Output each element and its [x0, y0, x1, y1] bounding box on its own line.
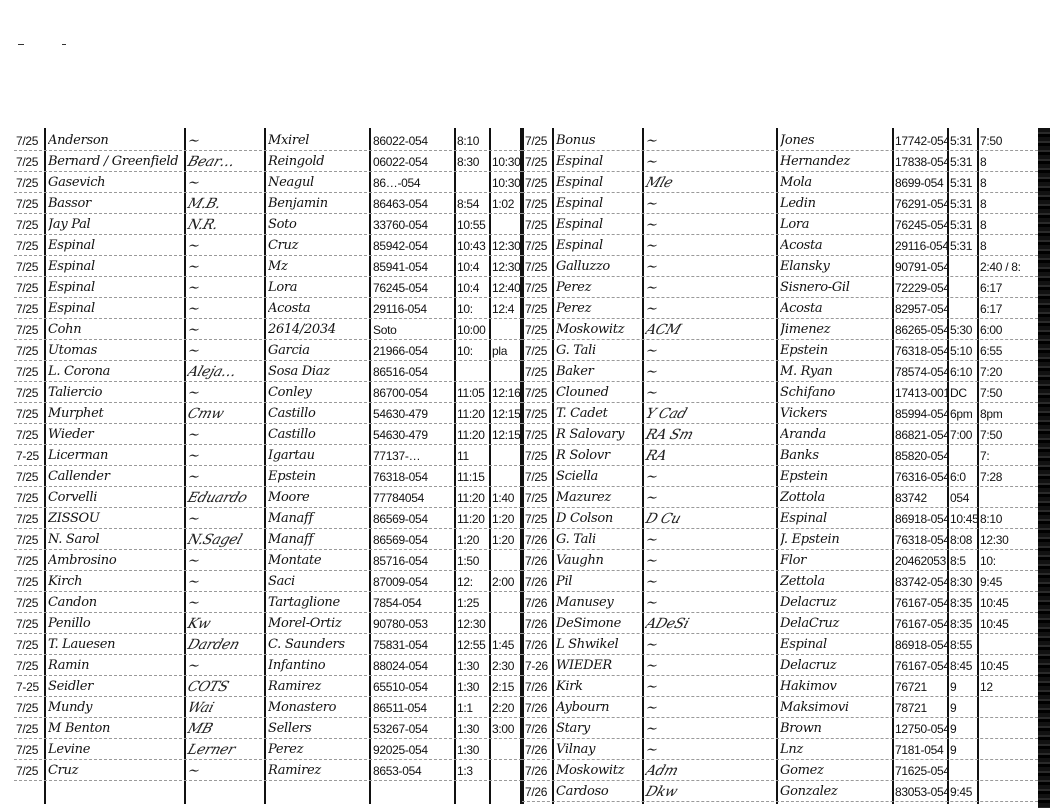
- cell-signature: Y Cad: [643, 405, 777, 423]
- cell-officer: Conley: [268, 384, 368, 402]
- log-row: 7/25Cruz~Ramirez8653-0541:3: [14, 762, 522, 781]
- cell-inmate: J. Epstein: [780, 531, 890, 549]
- cell-time-out: [492, 132, 520, 150]
- cell-time-in: 1:3: [457, 762, 489, 780]
- cell-name: Espinal: [556, 174, 642, 192]
- cell-inmate: Ledin: [780, 195, 890, 213]
- cell-date: 7/25: [525, 258, 552, 276]
- cell-time-in: 7:00: [950, 426, 977, 444]
- cell-time-out: [492, 468, 520, 486]
- cell-officer: Cruz: [268, 237, 368, 255]
- cell-date: 7/25: [16, 321, 44, 339]
- log-row: 7/25Cohn~2614/2034Soto10:00: [14, 321, 522, 340]
- cell-inmate: Schifano: [780, 384, 890, 402]
- cell-date: 7/25: [525, 321, 552, 339]
- cell-time-out: 8pm: [980, 405, 1020, 423]
- scan-edge-shadow: [1038, 128, 1050, 808]
- cell-time-out: 10:30: [492, 174, 520, 192]
- cell-name: Mazurez: [556, 489, 642, 507]
- cell-inmate: Lora: [780, 216, 890, 234]
- cell-time-in: 5:31: [950, 174, 977, 192]
- cell-number: 85994-054: [895, 405, 947, 423]
- cell-inmate: Acosta: [780, 300, 890, 318]
- cell-date: 7/25: [525, 195, 552, 213]
- cell-time-in: 11:20: [457, 426, 489, 444]
- log-row: 7/25Mazurez~Zottola83742054: [522, 489, 1038, 508]
- cell-time-out: [980, 783, 1020, 801]
- cell-date: 7/25: [525, 279, 552, 297]
- cell-time-in: 6:10: [950, 363, 977, 381]
- cell-time-out: [492, 552, 520, 570]
- cell-number: 85820-054: [895, 447, 947, 465]
- cell-name: T. Lauesen: [48, 636, 182, 654]
- cell-number: 65510-054: [373, 678, 453, 696]
- cell-signature: ~: [643, 573, 777, 591]
- cell-time-out: [492, 321, 520, 339]
- cell-time-in: 9: [950, 741, 977, 759]
- cell-number: 76167-054: [895, 594, 947, 612]
- cell-date: 7/25: [525, 363, 552, 381]
- log-row: 7/26CardosoDkwGonzalez83053-0549:45: [522, 783, 1038, 802]
- log-row: 7/25Espinal~Acosta29116-0545:318: [522, 237, 1038, 256]
- log-row: 7/25Ramin~Infantino88024-0541:302:30: [14, 657, 522, 676]
- log-row: 7/25Espinal~Ledin76291-0545:318: [522, 195, 1038, 214]
- cell-number: 75831-054: [373, 636, 453, 654]
- cell-time-in: 12:30: [457, 615, 489, 633]
- cell-number: 92025-054: [373, 741, 453, 759]
- cell-signature: ~: [643, 153, 777, 171]
- log-row: 7/25G. Tali~Epstein76318-0545:106:55: [522, 342, 1038, 361]
- cell-signature: Lerner: [185, 741, 265, 759]
- cell-number: 86918-054: [895, 636, 947, 654]
- cell-date: 7/25: [525, 468, 552, 486]
- cell-number: 8699-054: [895, 174, 947, 192]
- cell-time-out: [980, 720, 1020, 738]
- cell-inmate: Espinal: [780, 636, 890, 654]
- cell-signature: M.B.: [185, 195, 265, 213]
- cell-name: M Benton: [48, 720, 182, 738]
- log-row: 7/25Utomas~Garcia21966-05410:pla: [14, 342, 522, 361]
- cell-time-in: [950, 279, 977, 297]
- log-row: 7/25Ambrosino~Montate85716-0541:50: [14, 552, 522, 571]
- cell-inmate: Brown: [780, 720, 890, 738]
- log-row: 7/25Espinal~Lora76245-0545:318: [522, 216, 1038, 235]
- cell-inmate: Elansky: [780, 258, 890, 276]
- cell-signature: MB: [185, 720, 265, 738]
- cell-inmate: Banks: [780, 447, 890, 465]
- cell-officer: 2614/2034: [268, 321, 368, 339]
- cell-date: 7/25: [525, 342, 552, 360]
- cell-date: 7-25: [16, 678, 44, 696]
- cell-number: 85942-054: [373, 237, 453, 255]
- cell-signature: ~: [185, 573, 265, 591]
- cell-date: 7-26: [525, 657, 552, 675]
- cell-date: 7/26: [525, 783, 552, 801]
- cell-signature: ~: [643, 216, 777, 234]
- cell-time-out: 12:40: [492, 279, 520, 297]
- cell-date: 7/25: [16, 636, 44, 654]
- log-row: 7/26Stary~Brown12750-0549: [522, 720, 1038, 739]
- cell-signature: Bear…: [185, 153, 265, 171]
- cell-time-in: 9: [950, 720, 977, 738]
- log-row: 7/25LevineLernerPerez92025-0541:30: [14, 741, 522, 760]
- log-row: 7/25Perez~Acosta82957-0546:17: [522, 300, 1038, 319]
- cell-signature: COTS: [185, 678, 265, 696]
- log-row: 7/25Taliercio~Conley86700-05411:0512:16: [14, 384, 522, 403]
- cell-signature: RA: [643, 447, 777, 465]
- cell-date: 7/26: [525, 699, 552, 717]
- cell-date: 7/25: [16, 510, 44, 528]
- log-row: 7/25ZISSOU~Manaff86569-05411:201:20: [14, 510, 522, 529]
- cell-time-in: 9: [950, 678, 977, 696]
- cell-name: Manusey: [556, 594, 642, 612]
- cell-name: Mundy: [48, 699, 182, 717]
- cell-date: 7/25: [16, 615, 44, 633]
- cell-time-in: 6:0: [950, 468, 977, 486]
- cell-signature: ~: [185, 258, 265, 276]
- cell-time-out: [492, 615, 520, 633]
- cell-number: 86821-054: [895, 426, 947, 444]
- log-row: 7/26Manusey~Delacruz76167-0548:3510:45: [522, 594, 1038, 613]
- cell-name: Moskowitz: [556, 321, 642, 339]
- cell-time-out: [492, 594, 520, 612]
- cell-time-in: 11:20: [457, 405, 489, 423]
- cell-name: Seidler: [48, 678, 182, 696]
- cell-officer: Castillo: [268, 426, 368, 444]
- cell-time-in: [950, 762, 977, 780]
- cell-name: Cardoso: [556, 783, 642, 801]
- cell-inmate: Vickers: [780, 405, 890, 423]
- cell-number: 90780-053: [373, 615, 453, 633]
- cell-time-out: [980, 741, 1020, 759]
- cell-time-out: 10:45: [980, 615, 1020, 633]
- log-row: 7/25L. CoronaAleja…Sosa Diaz86516-054: [14, 363, 522, 382]
- log-row: 7/26Vaughn~Flor204620538:510:: [522, 552, 1038, 571]
- cell-time-out: 6:17: [980, 279, 1020, 297]
- log-row: 7/25Clouned~Schifano17413-001DC7:50: [522, 384, 1038, 403]
- cell-signature: ~: [185, 447, 265, 465]
- cell-date: 7/25: [525, 384, 552, 402]
- cell-officer: C. Saunders: [268, 636, 368, 654]
- cell-time-out: 2:40 / 8:30: [980, 258, 1020, 276]
- cell-name: Cruz: [48, 762, 182, 780]
- cell-name: Ramin: [48, 657, 182, 675]
- cell-time-in: [950, 300, 977, 318]
- log-row: 7/25R SalovaryRA SmAranda86821-0547:007:…: [522, 426, 1038, 445]
- cell-name: Murphet: [48, 405, 182, 423]
- cell-signature: ~: [643, 741, 777, 759]
- cell-signature: N.R.: [185, 216, 265, 234]
- cell-time-out: 12:30: [980, 531, 1020, 549]
- cell-number: 86511-054: [373, 699, 453, 717]
- cell-officer: Saci: [268, 573, 368, 591]
- cell-officer: Montate: [268, 552, 368, 570]
- cell-date: 7/25: [16, 153, 44, 171]
- cell-officer: Castillo: [268, 405, 368, 423]
- log-row: 7/25MurphetCmwCastillo54630-47911:2012:1…: [14, 405, 522, 424]
- cell-date: 7/25: [16, 195, 44, 213]
- cell-number: 76316-054: [895, 468, 947, 486]
- cell-number: 90791-054: [895, 258, 947, 276]
- cell-name: Espinal: [556, 216, 642, 234]
- cell-name: Candon: [48, 594, 182, 612]
- cell-officer: Tartaglione: [268, 594, 368, 612]
- cell-signature: ~: [643, 531, 777, 549]
- cell-inmate: Sisnero-Gil: [780, 279, 890, 297]
- cell-time-in: 1:1: [457, 699, 489, 717]
- cell-signature: Aleja…: [185, 363, 265, 381]
- cell-time-in: 10:: [457, 342, 489, 360]
- cell-number: 21966-054: [373, 342, 453, 360]
- cell-inmate: Maksimovi: [780, 699, 890, 717]
- cell-inmate: Hakimov: [780, 678, 890, 696]
- cell-signature: ~: [185, 342, 265, 360]
- cell-name: L. Corona: [48, 363, 182, 381]
- cell-inmate: Delacruz: [780, 657, 890, 675]
- cell-number: 85716-054: [373, 552, 453, 570]
- cell-officer: Ramirez: [268, 762, 368, 780]
- cell-time-out: 6:55: [980, 342, 1020, 360]
- cell-name: Bonus: [556, 132, 642, 150]
- cell-date: 7/25: [525, 216, 552, 234]
- cell-time-in: 11:20: [457, 489, 489, 507]
- cell-time-in: 5:31: [950, 237, 977, 255]
- log-row: 7/25T. CadetY CadVickers85994-0546pm8pm: [522, 405, 1038, 424]
- cell-name: Callender: [48, 468, 182, 486]
- cell-name: Clouned: [556, 384, 642, 402]
- cell-date: 7/25: [16, 342, 44, 360]
- cell-signature: ~: [185, 762, 265, 780]
- log-row: 7/25MundyWaiMonastero86511-0541:12:20: [14, 699, 522, 718]
- cell-date: 7/25: [525, 405, 552, 423]
- cell-name: Espinal: [48, 300, 182, 318]
- log-row: 7/25Candon~Tartaglione7854-0541:25: [14, 594, 522, 613]
- cell-time-out: 7:20: [980, 363, 1020, 381]
- cell-date: 7/25: [16, 741, 44, 759]
- cell-time-in: [457, 363, 489, 381]
- cell-date: 7/26: [525, 594, 552, 612]
- cell-signature: ~: [643, 258, 777, 276]
- cell-time-in: 1:20: [457, 531, 489, 549]
- cell-time-out: 1:40: [492, 489, 520, 507]
- cell-time-out: 10:30: [492, 153, 520, 171]
- cell-date: 7/25: [16, 237, 44, 255]
- cell-number: 85941-054: [373, 258, 453, 276]
- cell-name: Perez: [556, 279, 642, 297]
- cell-time-in: 11:15: [457, 468, 489, 486]
- log-row: 7/26Kirk~Hakimov76721912: [522, 678, 1038, 697]
- log-row: 7/25Espinal~Lora76245-05410:412:40: [14, 279, 522, 298]
- cell-signature: ~: [643, 720, 777, 738]
- cell-inmate: Aranda: [780, 426, 890, 444]
- log-row: 7/25Kirch~Saci87009-05412:2:00: [14, 573, 522, 592]
- cell-name: Licerman: [48, 447, 182, 465]
- cell-time-out: [980, 636, 1020, 654]
- log-row: 7/26Pil~Zettola83742-0548:309:45: [522, 573, 1038, 592]
- cell-time-out: 8: [980, 174, 1020, 192]
- cell-inmate: Gomez: [780, 762, 890, 780]
- cell-number: 88024-054: [373, 657, 453, 675]
- cell-name: Anderson: [48, 132, 182, 150]
- cell-officer: Epstein: [268, 468, 368, 486]
- cell-time-out: [492, 363, 520, 381]
- cell-date: 7/26: [525, 741, 552, 759]
- cell-number: 53267-054: [373, 720, 453, 738]
- cell-time-out: 8: [980, 216, 1020, 234]
- cell-time-out: 8: [980, 153, 1020, 171]
- cell-number: 17742-054: [895, 132, 947, 150]
- log-row: 7/26MoskowitzAdmGomez71625-054: [522, 762, 1038, 781]
- cell-signature: ~: [185, 174, 265, 192]
- cell-time-in: 10:4: [457, 258, 489, 276]
- cell-time-out: 7:: [980, 447, 1020, 465]
- log-row: 7/25Bonus~Jones17742-0545:317:50: [522, 132, 1038, 151]
- cell-name: Pil: [556, 573, 642, 591]
- cell-time-out: 12:15: [492, 405, 520, 423]
- cell-number: 86022-054: [373, 132, 453, 150]
- cell-time-in: 054: [950, 489, 977, 507]
- cell-time-in: [457, 174, 489, 192]
- cell-name: Galluzzo: [556, 258, 642, 276]
- cell-number: Soto: [373, 321, 453, 339]
- cell-number: 8653-054: [373, 762, 453, 780]
- cell-time-in: 10:4: [457, 279, 489, 297]
- cell-number: 29116-054: [895, 237, 947, 255]
- cell-time-in: 12:: [457, 573, 489, 591]
- cell-number: 83742-054: [895, 573, 947, 591]
- cell-time-in: 1:30: [457, 678, 489, 696]
- cell-number: 54630-479: [373, 405, 453, 423]
- cell-name: R Salovary: [556, 426, 642, 444]
- cell-date: 7/25: [16, 363, 44, 381]
- scan-speck: [62, 44, 66, 45]
- cell-name: D Colson: [556, 510, 642, 528]
- cell-time-out: 10:: [980, 552, 1020, 570]
- cell-date: 7/25: [16, 762, 44, 780]
- cell-inmate: Acosta: [780, 237, 890, 255]
- cell-number: 76318-054: [373, 468, 453, 486]
- cell-signature: ~: [643, 636, 777, 654]
- cell-signature: ~: [185, 237, 265, 255]
- cell-time-out: 8: [980, 237, 1020, 255]
- log-row: 7/25Espinal~Acosta29116-05410:12:4: [14, 300, 522, 319]
- cell-time-in: 8:35: [950, 594, 977, 612]
- cell-date: 7/25: [525, 510, 552, 528]
- cell-time-out: [492, 741, 520, 759]
- cell-time-out: 7:50: [980, 132, 1020, 150]
- cell-signature: ~: [643, 342, 777, 360]
- cell-date: 7/25: [16, 216, 44, 234]
- cell-signature: ~: [185, 321, 265, 339]
- cell-date: 7/25: [16, 132, 44, 150]
- cell-inmate: Mola: [780, 174, 890, 192]
- cell-inmate: Jones: [780, 132, 890, 150]
- cell-name: Taliercio: [48, 384, 182, 402]
- cell-time-in: 8:35: [950, 615, 977, 633]
- cell-time-in: 1:30: [457, 657, 489, 675]
- cell-date: 7/25: [16, 258, 44, 276]
- cell-signature: ~: [185, 300, 265, 318]
- cell-name: L Shwikel: [556, 636, 642, 654]
- cell-number: 86…-054: [373, 174, 453, 192]
- cell-signature: N.Sagel: [185, 531, 265, 549]
- cell-time-out: 9:45: [980, 573, 1020, 591]
- log-row: 7/26Aybourn~Maksimovi787219: [522, 699, 1038, 718]
- cell-number: 86569-054: [373, 531, 453, 549]
- cell-date: 7/25: [16, 720, 44, 738]
- cell-time-in: 1:30: [457, 741, 489, 759]
- cell-officer: Reingold: [268, 153, 368, 171]
- log-row: 7/25BassorM.B.Benjamin86463-0548:541:02: [14, 195, 522, 214]
- cell-signature: ~: [643, 552, 777, 570]
- cell-number: 33760-054: [373, 216, 453, 234]
- cell-time-out: 8:10: [980, 510, 1020, 528]
- cell-signature: ~: [643, 237, 777, 255]
- cell-name: G. Tali: [556, 342, 642, 360]
- cell-time-out: 12:30: [492, 237, 520, 255]
- cell-time-in: 1:50: [457, 552, 489, 570]
- cell-signature: ~: [643, 699, 777, 717]
- cell-time-in: 10:45: [950, 510, 977, 528]
- cell-name: DeSimone: [556, 615, 642, 633]
- cell-signature: ~: [185, 510, 265, 528]
- cell-time-in: 5:31: [950, 195, 977, 213]
- cell-name: Espinal: [48, 279, 182, 297]
- cell-date: 7/25: [16, 699, 44, 717]
- cell-time-in: 5:30: [950, 321, 977, 339]
- cell-time-out: 1:45: [492, 636, 520, 654]
- cell-signature: ~: [643, 363, 777, 381]
- cell-officer: Neagul: [268, 174, 368, 192]
- cell-time-in: 6pm: [950, 405, 977, 423]
- cell-time-out: 7:50: [980, 426, 1020, 444]
- cell-name: Espinal: [556, 195, 642, 213]
- cell-time-out: [492, 762, 520, 780]
- cell-signature: ~: [185, 426, 265, 444]
- cell-officer: Acosta: [268, 300, 368, 318]
- cell-number: 86569-054: [373, 510, 453, 528]
- log-row: 7-25Licerman~Igartau77137-…11: [14, 447, 522, 466]
- cell-time-out: [492, 216, 520, 234]
- cell-time-out: [980, 489, 1020, 507]
- cell-time-in: 5:10: [950, 342, 977, 360]
- cell-time-out: 2:30: [492, 657, 520, 675]
- cell-name: Vaughn: [556, 552, 642, 570]
- cell-signature: ADeSi: [643, 615, 777, 633]
- cell-name: Bernard / Greenfield: [48, 153, 182, 171]
- cell-date: 7/25: [525, 132, 552, 150]
- log-row: 7/25Espinal~Mz85941-05410:412:30: [14, 258, 522, 277]
- cell-time-in: 8:45: [950, 657, 977, 675]
- cell-signature: ACM: [643, 321, 777, 339]
- cell-time-in: 8:30: [457, 153, 489, 171]
- cell-signature: ~: [643, 468, 777, 486]
- cell-name: R Solovr: [556, 447, 642, 465]
- cell-name: Levine: [48, 741, 182, 759]
- cell-number: 86463-054: [373, 195, 453, 213]
- cell-name: G. Tali: [556, 531, 642, 549]
- cell-number: 86516-054: [373, 363, 453, 381]
- cell-name: Moskowitz: [556, 762, 642, 780]
- cell-number: 17838-054: [895, 153, 947, 171]
- cell-date: 7/25: [16, 174, 44, 192]
- cell-time-in: 8:54: [457, 195, 489, 213]
- cell-name: Sciella: [556, 468, 642, 486]
- cell-date: 7/25: [16, 573, 44, 591]
- cell-officer: Mz: [268, 258, 368, 276]
- cell-signature: ~: [185, 657, 265, 675]
- cell-date: 7/26: [525, 615, 552, 633]
